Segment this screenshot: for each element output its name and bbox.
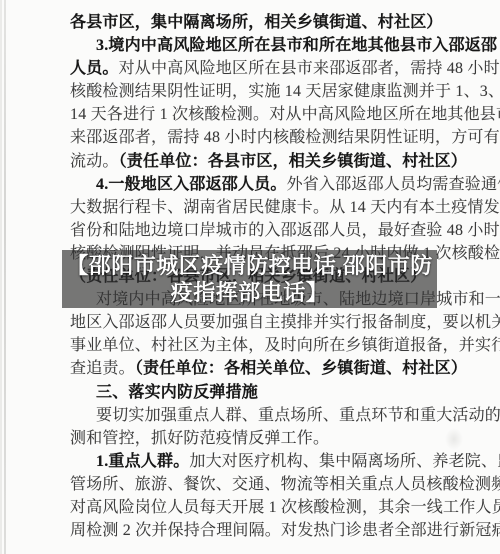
overlay-caption-line1: 【邵阳市城区疫情防控电话,邵阳市防 bbox=[66, 252, 433, 279]
doc-line: 地区入邵返邵人员要加强自主摸排并实行报备制度，要以机关企 bbox=[70, 311, 447, 334]
page-edge-shadow bbox=[4, 0, 6, 554]
doc-line: 流动。（责任单位：各县市区，相关乡镇街道、村社区） bbox=[70, 150, 447, 173]
doc-line: 核酸检测结果阴性证明，实施 14 天居家健康监测并于 1、3、7、 bbox=[70, 80, 447, 103]
doc-line: 周检测 2 次并保持合理间隔。对发热门诊患者全部进行新冠病毒 bbox=[70, 519, 447, 542]
doc-line: 三、落实内防反弹措施 bbox=[70, 381, 447, 404]
doc-line: 大数据行程卡、湖南省居民健康卡。从 14 天内有本土疫情发生 bbox=[70, 196, 447, 219]
doc-line: 事业单位、村社区为主体，及时向所在乡镇街道报备，并实行倒 bbox=[70, 334, 447, 357]
doc-line: 3.境内中高风险地区所在县市和所在地其他县市入邵返邵 bbox=[70, 34, 447, 57]
doc-line: 查追责。（责任单位：各相关单位、乡镇街道、村社区） bbox=[70, 357, 447, 380]
doc-line: 对高风险岗位人员每天开展 1 次核酸检测，其余一线工作人员每 bbox=[70, 496, 447, 519]
doc-line: 人员。对从中高风险地区所在县市来邵返邵者，需持 48 小时内 bbox=[70, 57, 447, 80]
doc-line: 测和管控，抓好防范疫情反弹工作。 bbox=[70, 427, 447, 450]
doc-line: 管场所、旅游、餐饮、交通、物流等相关重点人员核酸检测频次， bbox=[70, 473, 447, 496]
doc-line: 各县市区，集中隔离场所，相关乡镇街道、村社区） bbox=[70, 11, 447, 34]
scan-smudge bbox=[445, 428, 463, 450]
doc-line: 要切实加强重点人群、重点场所、重点环节和重大活动的监 bbox=[70, 404, 447, 427]
overlay-caption-line2: 疫指挥部电话】 bbox=[171, 279, 329, 306]
scanned-document-page: 各县市区，集中隔离场所，相关乡镇街道、村社区）3.境内中高风险地区所在县市和所在… bbox=[0, 0, 500, 554]
doc-line: 1.重点人群。加大对医疗机构、集中隔离场所、养老院、监 bbox=[70, 450, 447, 473]
doc-line: 来邵返邵者，需持 48 小时内核酸检测结果阴性证明，方可有序 bbox=[70, 126, 447, 149]
doc-line: 4.一般地区入邵返邵人员。外省入邵返邵人员均需查验通信 bbox=[70, 173, 447, 196]
doc-line: 14 天各进行 1 次核酸检测。对从中高风险地区所在地其他县市 bbox=[70, 103, 447, 126]
doc-line: 省份和陆地边境口岸城市的入邵返邵人员，最好查验 48 小时内 bbox=[70, 219, 447, 242]
page-edge-outer-line bbox=[0, 0, 2, 554]
caption-overlay-banner: 【邵阳市城区疫情防控电话,邵阳市防 疫指挥部电话】 bbox=[62, 250, 437, 308]
